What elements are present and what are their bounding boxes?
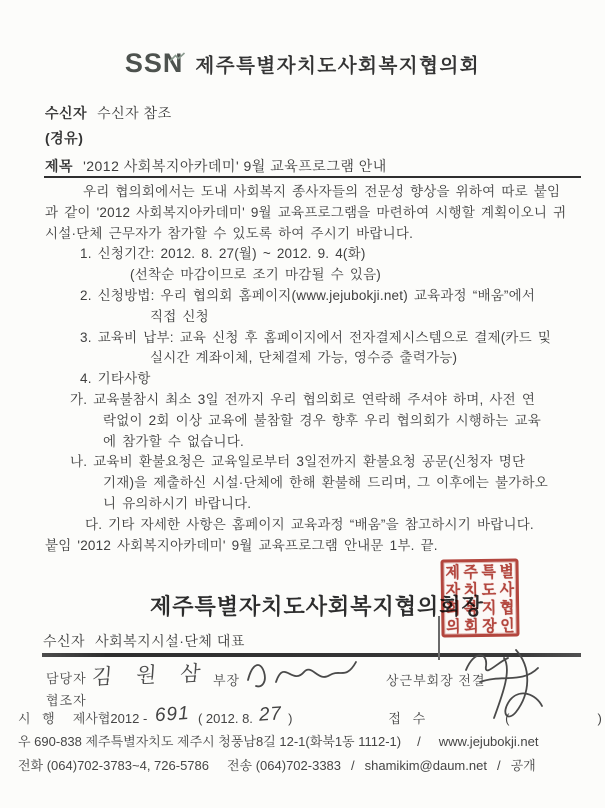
contact-row: 전화 (064)702-3783~4, 726-5786 전송 (064)702…: [18, 755, 536, 774]
subject-value: '2012 사회복지아카데미' 9월 교육프로그램 안내: [83, 158, 387, 174]
doc-number-handwritten: 691: [155, 703, 191, 727]
issue-date-open: ( 2012. 8.: [198, 711, 253, 726]
recipient-label: 수신자: [45, 105, 87, 121]
disclosure-status: 공개: [511, 755, 536, 774]
recipient-2-label: 수신자: [43, 633, 85, 649]
fax-number: 전송 (064)702-3383: [227, 755, 341, 774]
recipient-value: 수신자 참조: [97, 105, 172, 121]
org-name: 제주특별자치도사회복지협의회: [195, 55, 480, 77]
issue-date-close: ): [288, 711, 292, 726]
body-line: 2. 신청방법: 우리 협의회 홈페이지(www.jejubokji.net) …: [45, 286, 582, 307]
issue-date-day-handwritten: 27: [258, 703, 283, 727]
director-label: 부장: [213, 670, 240, 689]
body-line: 에 참가할 수 없습니다.: [45, 432, 582, 453]
body-line: 붙임 '2012 사회복지아카데미' 9월 교육프로그램 안내문 1부. 끝.: [45, 536, 582, 557]
recipient-line-2: 수신자사회복지시설·단체 대표: [43, 631, 245, 651]
issuance-row: 시 행 제사협2012 - 691 ( 2012. 8. 27 ) 접 수 ( …: [18, 707, 602, 729]
body-line: 니 유의하시기 바랍니다.: [45, 494, 582, 515]
body-line: 시설·단체 근무자가 참가할 수 있도록 하여 주시기 바랍니다.: [45, 224, 582, 245]
body-line: 과 같이 '2012 사회복지아카데미' 9월 교육프로그램을 마련하여 시행할…: [45, 203, 582, 224]
contact-slash-1: /: [351, 758, 355, 773]
receipt-label: 접 수: [388, 708, 429, 727]
subject-line: 제목'2012 사회복지아카데미' 9월 교육프로그램 안내: [45, 156, 387, 176]
body-line: 1. 신청기간: 2012. 8. 27(월) ~ 2012. 9. 4(화): [45, 244, 582, 265]
director-signature-scrawl: [242, 652, 360, 694]
seal-char: 인: [497, 613, 519, 636]
manager-signature: 김 원 삼: [91, 657, 211, 691]
body-line: 다. 기타 자세한 사항은 홈페이지 교육과정 “배움”을 참고하시기 바랍니다…: [45, 515, 582, 536]
body-line: (선착순 마감이므로 조기 마감될 수 있음): [45, 265, 582, 286]
body-line: 나. 교육비 환불요청은 교육일로부터 3일전까지 환불요청 공문(신청자 명단: [45, 452, 582, 473]
body-line: 직접 신청: [45, 307, 582, 328]
via-line: (경유): [45, 128, 83, 148]
body-line: 3. 교육비 납부: 교육 신청 후 홈페이지에서 전자결제시스템으로 결제(카…: [45, 328, 582, 349]
letter-body: 우리 협의회에서는 도내 사회복지 종사자들의 전문성 향상을 위하여 따로 붙…: [45, 182, 582, 556]
recipient-line: 수신자수신자 참조: [45, 103, 172, 123]
recipient-2-value: 사회복지시설·단체 대표: [95, 633, 245, 649]
email-address: shamikim@daum.net: [365, 758, 487, 773]
ssn-logo: SSN: [125, 50, 184, 77]
phone-numbers: 전화 (064)702-3783~4, 726-5786: [18, 755, 209, 774]
scan-fold-mark: [438, 616, 440, 660]
body-line: 4. 기타사항: [45, 369, 582, 390]
body-line: 가. 교육불참시 최소 3일 전까지 우리 협의회로 연락해 주셔야 하며, 사…: [45, 390, 582, 411]
letterhead: SSN 제주특별자치도사회복지협의회: [0, 50, 605, 77]
address-slash: /: [417, 734, 421, 749]
website-url: www.jejubokji.net: [439, 734, 539, 749]
receipt-paren-close: ): [597, 711, 601, 726]
official-seal: 제 주 특 별 자 치 도 사 회 복 지 협 의 회 장 인: [440, 558, 519, 637]
subject-divider: [44, 176, 581, 178]
doc-number-prefix: 제사협2012 -: [73, 708, 148, 727]
contact-slash-2: /: [497, 758, 501, 773]
body-line: 실시간 계좌이체, 단체결제 가능, 영수증 출력가능): [45, 348, 582, 369]
signer-title: 제주특별자치도사회복지협의회장: [150, 590, 484, 621]
address-row: 우 690-838 제주특별자치도 제주시 청풍남8길 12-1(화북1동 11…: [18, 731, 538, 750]
bird-check-icon: [169, 41, 186, 68]
body-line: 락없이 2회 이상 교육에 불참할 경우 향후 우리 협의회가 시행하는 교육: [45, 411, 582, 432]
manager-label: 담당자: [46, 668, 87, 687]
postal-address: 우 690-838 제주특별자치도 제주시 청풍남8길 12-1(화북1동 11…: [18, 731, 401, 750]
subject-label: 제목: [45, 158, 73, 174]
scanned-official-letter: SSN 제주특별자치도사회복지협의회 수신자수신자 참조 (경유) 제목'201…: [0, 0, 605, 808]
body-line: 기재)을 제출하신 시설·단체에 한해 환불해 드리며, 그 이후에는 불가하오: [45, 473, 582, 494]
issue-label: 시 행: [18, 708, 59, 727]
receipt-paren-open: (: [505, 711, 509, 726]
body-line: 우리 협의회에서는 도내 사회복지 종사자들의 전문성 향상을 위하여 따로 붙…: [45, 182, 582, 203]
